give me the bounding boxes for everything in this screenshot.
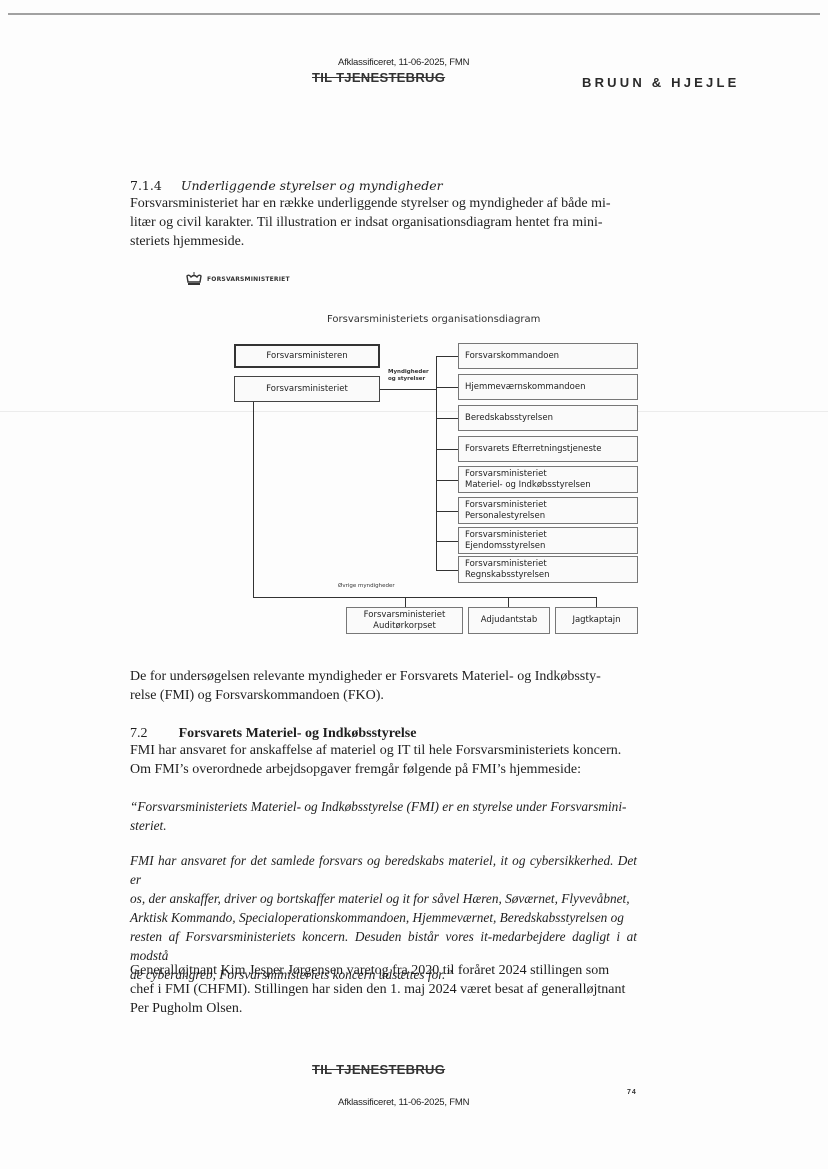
branch-label-line: og styrelser <box>388 376 429 383</box>
connector <box>380 389 436 390</box>
org-box-agency: ForsvarsministerietRegnskabsstyrelsen <box>458 556 638 583</box>
org-box-label: Forsvarsministeriet <box>465 469 631 480</box>
text-line: resten af Forsvarsministeriets koncern. … <box>130 927 637 965</box>
connector <box>436 449 458 450</box>
other-authorities-label: Øvrige myndigheder <box>338 583 395 590</box>
text-line: steriet. <box>130 816 637 835</box>
org-box-label: Materiel- og Indkøbsstyrelsen <box>465 480 631 491</box>
text-line: FMI har ansvaret for anskaffelse af mate… <box>130 741 637 760</box>
connector <box>436 570 458 571</box>
text-line: Generalløjtnant Kim Jesper Jørgensen var… <box>130 961 637 980</box>
section-title: Forsvarets Materiel- og Indkøbsstyrelse <box>179 726 417 741</box>
text-line: Arktisk Kommando, Specialoperationskomma… <box>130 908 637 927</box>
section-heading-7-2: 7.2 Forsvarets Materiel- og Indkøbsstyre… <box>130 722 416 742</box>
connector <box>436 511 458 512</box>
text-line: De for undersøgelsen relevante myndighed… <box>130 667 637 686</box>
section-number: 7.2 <box>130 726 148 741</box>
org-box-minister: Forsvarsministeren <box>234 344 380 368</box>
text-line: os, der anskaffer, driver og bortskaffer… <box>130 889 637 908</box>
connector <box>253 402 254 597</box>
org-box-auditor-corps: Forsvarsministeriet Auditørkorpset <box>346 607 463 634</box>
org-box-label: Forsvarsministeriet <box>266 384 348 395</box>
org-box-agency: Forsvarets Efterretningstjeneste <box>458 436 638 462</box>
text-line: “Forsvarsministeriets Materiel- og Indkø… <box>130 797 637 816</box>
org-box-label: Forsvarskommandoen <box>465 351 631 362</box>
connector <box>436 480 458 481</box>
org-box-label: Forsvarets Efterretningstjeneste <box>465 444 631 455</box>
org-box-agency: Forsvarskommandoen <box>458 343 638 369</box>
org-chart: FORSVARSMINISTERIET Forsvarsministeriets… <box>0 0 828 660</box>
paragraph-fmi-responsibility: FMI har ansvaret for anskaffelse af mate… <box>130 741 637 779</box>
org-box-agency: ForsvarsministerietMateriel- og Indkøbss… <box>458 466 638 493</box>
org-box-label: Beredskabsstyrelsen <box>465 413 631 424</box>
connector <box>436 357 437 570</box>
org-logo-text: FORSVARSMINISTERIET <box>207 276 290 283</box>
org-box-label: Forsvarsministeren <box>266 351 347 362</box>
org-box-adjutant-staff: Adjudantstab <box>468 607 550 634</box>
org-box-agency: Hjemmeværnskommandoen <box>458 374 638 400</box>
paragraph-relevant-authorities: De for undersøgelsen relevante myndighed… <box>130 667 637 705</box>
org-box-label: Forsvarsministeriet <box>465 559 631 570</box>
page-number: 74 <box>627 1089 637 1096</box>
org-box-label: Personalestyrelsen <box>465 511 631 522</box>
org-box-label: Forsvarsministeriet <box>465 500 631 511</box>
footer-declassification-stamp: Afklassificeret, 11-06-2025, FMN <box>338 1097 469 1108</box>
org-box-label: Forsvarsministeriet <box>465 530 631 541</box>
connector <box>253 597 597 598</box>
connector <box>436 541 458 542</box>
org-box-label: Adjudantstab <box>481 615 538 626</box>
text-line: Per Pugholm Olsen. <box>130 999 637 1018</box>
connector <box>436 387 458 388</box>
quote-fmi-definition: “Forsvarsministeriets Materiel- og Indkø… <box>130 797 637 835</box>
org-box-ministry: Forsvarsministeriet <box>234 376 380 402</box>
text-line: chef i FMI (CHFMI). Stillingen har siden… <box>130 980 637 999</box>
org-box-label: Forsvarsministeriet <box>364 610 446 621</box>
text-line: Om FMI’s overordnede arbejdsopgaver frem… <box>130 760 637 779</box>
branch-label-line: Myndigheder <box>388 369 429 376</box>
footer-classification: TIL TJENESTEBRUG <box>312 1062 445 1077</box>
connector <box>436 356 458 357</box>
org-box-label: Auditørkorpset <box>373 621 436 632</box>
org-box-label: Regnskabsstyrelsen <box>465 570 631 581</box>
org-chart-title: Forsvarsministeriets organisationsdiagra… <box>327 314 540 325</box>
connector <box>596 597 597 607</box>
text-line: FMI har ansvaret for det samlede forsvar… <box>130 851 637 889</box>
org-box-hunt-captain: Jagtkaptajn <box>555 607 638 634</box>
paragraph-chief-fmi: Generalløjtnant Kim Jesper Jørgensen var… <box>130 961 637 1018</box>
connector <box>436 418 458 419</box>
org-box-agency: ForsvarsministerietEjendomsstyrelsen <box>458 527 638 554</box>
crown-icon <box>185 272 203 286</box>
org-logo: FORSVARSMINISTERIET <box>185 272 290 286</box>
org-box-agency: Beredskabsstyrelsen <box>458 405 638 431</box>
org-box-label: Jagtkaptajn <box>572 615 620 626</box>
org-box-label: Ejendomsstyrelsen <box>465 541 631 552</box>
org-box-agency: ForsvarsministerietPersonalestyrelsen <box>458 497 638 524</box>
connector <box>508 597 509 607</box>
connector <box>405 597 406 607</box>
org-box-label: Hjemmeværnskommandoen <box>465 382 631 393</box>
org-branch-label: Myndigheder og styrelser <box>388 369 429 383</box>
text-line: relse (FMI) og Forsvarskommandoen (FKO). <box>130 686 637 705</box>
